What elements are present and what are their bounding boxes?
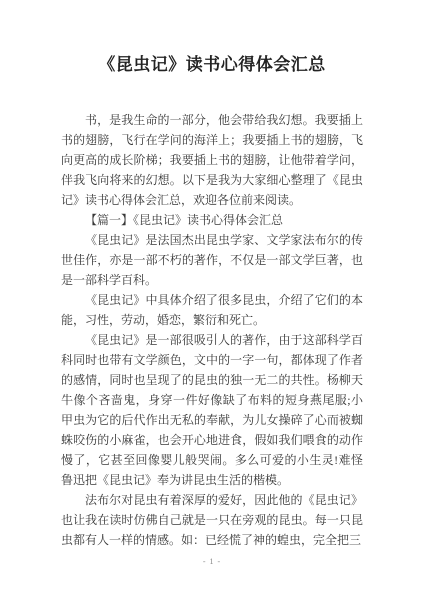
document-body: 书，是我生命的一部分，他会带给我幻想。我要插上书的翅膀，飞行在学问的海洋上；我要…	[61, 110, 363, 550]
document-title: 《昆虫记》读书心得体会汇总	[0, 0, 424, 77]
paragraph-body: 《昆虫记》中具体介绍了很多昆虫，介绍了它们的本能，习性，劳动，婚恋，繁衍和死亡。	[61, 290, 363, 330]
paragraph-body: 《昆虫记》是法国杰出昆虫学家、文学家法布尔的传世佳作，亦是一部不朽的著作，不仅是…	[61, 230, 363, 290]
paragraph-body: 《昆虫记》是一部很吸引人的著作，由于这部科学百科同时也带有文学颜色，文中的一字一…	[61, 330, 363, 490]
paragraph-body: 法布尔对昆虫有着深厚的爱好，因此他的《昆虫记》也让我在读时仿佛自己就是一只在旁观…	[61, 490, 363, 550]
document-page: 《昆虫记》读书心得体会汇总 书，是我生命的一部分，他会带给我幻想。我要插上书的翅…	[0, 0, 424, 600]
page-number: - 1 -	[0, 557, 424, 566]
paragraph-intro: 书，是我生命的一部分，他会带给我幻想。我要插上书的翅膀，飞行在学问的海洋上；我要…	[61, 110, 363, 210]
section-heading: 【篇一】《昆虫记》读书心得体会汇总	[61, 210, 363, 230]
